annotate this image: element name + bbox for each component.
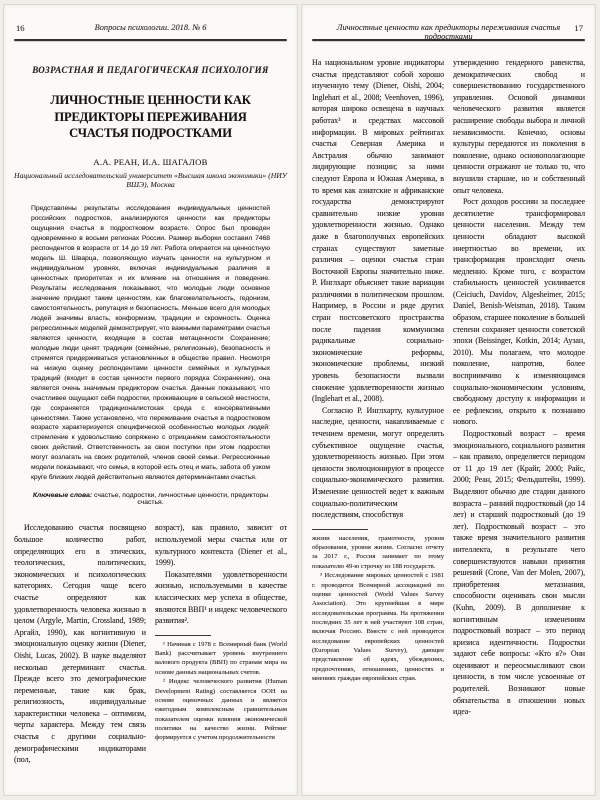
body-paragraph: Рост доходов россиян за последнее десяти…: [453, 196, 585, 428]
body-columns-right-page: На национальном уровне индикаторы счасть…: [312, 57, 585, 718]
column-2: утверждению гендерного равенства, демокр…: [453, 57, 585, 718]
running-head-left: 16 Вопросы психологии. 2018. № 6: [14, 23, 287, 36]
page-number-left: 16: [16, 23, 25, 33]
body-paragraph: Подростковый возраст – время эмоциональн…: [453, 428, 585, 718]
footnotes-right-page: жизни населения, грамотности, уровня обр…: [312, 534, 444, 684]
running-title-left: Вопросы психологии. 2018. № 6: [95, 23, 207, 32]
body-paragraph: Исследованию счастья посвящено большое к…: [14, 522, 146, 765]
footnote: ¹ Начиная с 1978 г. Всемирный банк (Worl…: [155, 640, 287, 677]
footnote: ³ Исследование мировых ценностей с 1981 …: [312, 571, 444, 683]
journal-spread: 16 Вопросы психологии. 2018. № 6 ВОЗРАСТ…: [0, 0, 600, 800]
article-affiliation: Национальный исследовательский университ…: [14, 171, 287, 189]
keywords-line: Ключевые слова: счастье, подростки, личн…: [31, 492, 270, 506]
keywords-label: Ключевые слова:: [33, 492, 92, 499]
running-head-right: Личностные ценности как предикторы переж…: [312, 23, 585, 36]
article-abstract: Представлены результаты исследования инд…: [31, 204, 270, 484]
footnote-separator: [312, 529, 368, 530]
footnotes-left-page: ¹ Начиная с 1978 г. Всемирный банк (Worl…: [155, 640, 287, 743]
keywords-text: счастье, подростки, личностные ценности,…: [92, 492, 268, 506]
body-paragraph: Показателями удовлетворенности жизнью, и…: [155, 569, 287, 627]
column-1: Исследованию счастья посвящено большое к…: [14, 522, 146, 765]
column-2: возраст), как правило, зависит от исполь…: [155, 522, 287, 765]
footnote: жизни населения, грамотности, уровня обр…: [312, 534, 444, 571]
body-paragraph: Согласно Р. Инглхарту, культурное наслед…: [312, 405, 444, 521]
body-paragraph: утверждению гендерного равенства, демокр…: [453, 57, 585, 196]
article-title: ЛИЧНОСТНЫЕ ЦЕННОСТИ КАК ПРЕДИКТОРЫ ПЕРЕЖ…: [25, 92, 277, 142]
footnote: ² Индекс человеческого развития (Human D…: [155, 677, 287, 743]
body-columns-left-page: Исследованию счастья посвящено большое к…: [14, 522, 287, 765]
header-rule-left: [14, 39, 287, 41]
footnote-separator: [155, 635, 211, 636]
page-number-right: 17: [574, 23, 583, 33]
body-paragraph: возраст), как правило, зависит от исполь…: [155, 522, 287, 568]
section-heading: ВОЗРАСТНАЯ И ПЕДАГОГИЧЕСКАЯ ПСИХОЛОГИЯ: [14, 65, 287, 75]
column-1: На национальном уровне индикаторы счасть…: [312, 57, 444, 718]
page-right: Личностные ценности как предикторы переж…: [301, 4, 596, 796]
article-authors: А.А. РЕАН, И.А. ШАГАЛОВ: [14, 157, 287, 167]
page-left: 16 Вопросы психологии. 2018. № 6 ВОЗРАСТ…: [3, 4, 298, 796]
body-paragraph: На национальном уровне индикаторы счасть…: [312, 57, 444, 405]
